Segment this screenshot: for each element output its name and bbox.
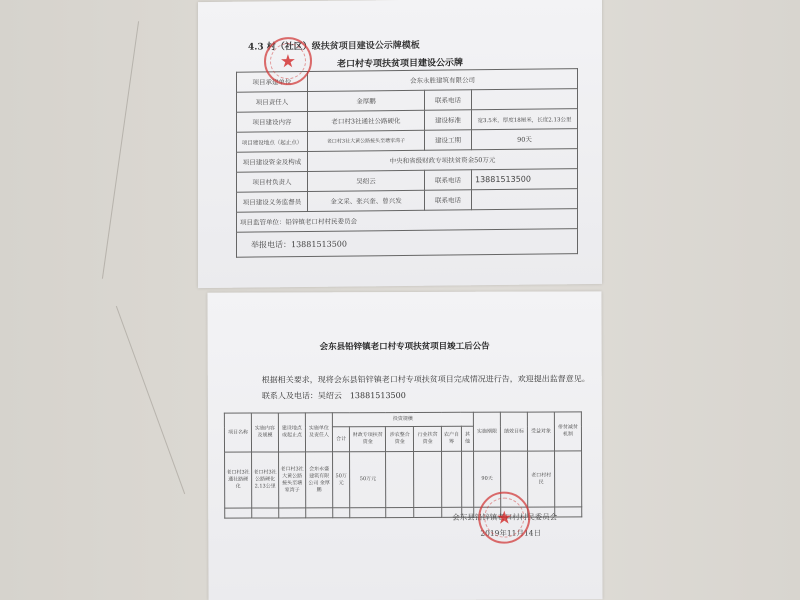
funding-value: 中央和省级财政专项扶贫资金50万元 — [308, 149, 578, 172]
standard-label: 建设标准 — [425, 110, 472, 130]
funding-label: 项目建设资金及构成 — [237, 151, 308, 172]
construction-notice-sheet: 4.3 村（社区）级扶贫项目建设公示牌模板 老口村专项扶贫项目建设公示牌 项目承… — [198, 0, 602, 288]
row-mechanism — [555, 451, 582, 507]
content-label: 项目建设内容 — [237, 111, 308, 132]
village-phone-label: 联系电话 — [425, 170, 472, 190]
header-beneficiary: 受益对象 — [527, 412, 554, 451]
header-integrated: 涉农整合资金 — [386, 427, 414, 452]
manager-label: 项目责任人 — [237, 91, 308, 112]
row-other — [461, 451, 473, 507]
row-unit: 会东永盛建筑有限公司 金厚鹏 — [306, 452, 333, 508]
content-value: 老口村3社通社公路硬化 — [308, 110, 425, 131]
header-location: 建设地点或起止点 — [278, 413, 305, 452]
completion-notice-title: 会东县铅锌镇老口村专项扶贫项目竣工后公告 — [208, 339, 602, 352]
report-phone: 举报电话：13881513500 — [237, 229, 578, 258]
empty-cell — [225, 508, 252, 518]
header-period: 实施期限 — [473, 412, 500, 451]
empty-cell — [555, 507, 582, 517]
manager-phone-value — [472, 89, 578, 110]
empty-cell — [333, 508, 350, 518]
row-total: 50万元 — [333, 452, 350, 508]
location-label: 项目建设地点（起止点） — [237, 131, 308, 152]
row-location: 老口村3社大黄公路接头至塘家湾子 — [279, 452, 306, 508]
row-integrated — [386, 451, 414, 507]
supervisors-value: 金文采、张兴奎、曾兴发 — [308, 190, 425, 211]
official-stamp-icon: ★ — [264, 37, 312, 86]
header-total: 合计 — [332, 427, 349, 452]
row-fiscal: 50万元 — [350, 452, 386, 508]
empty-cell — [386, 507, 414, 517]
location-value: 老口村3社大黄公路接头至塘家湾子 — [308, 130, 425, 151]
header-other: 其他 — [461, 427, 473, 452]
row-self — [442, 451, 462, 507]
wall-crack — [102, 21, 139, 279]
notice-contact: 联系人及电话：吴绍云 13881513500 — [262, 390, 406, 402]
row-industry — [414, 451, 442, 507]
project-info-table: 项目承建单位 会东永胜建筑有限公司 项目责任人 金厚鹏 联系电话 项目建设内容 … — [236, 68, 578, 258]
contractor-value: 会东永胜建筑有限公司 — [308, 69, 578, 92]
village-phone-value: 13881513500 — [472, 169, 578, 190]
row-name: 老口村3社通社路硬化 — [225, 452, 252, 508]
row-content: 老口村3社公路硬化2.13公里 — [252, 452, 279, 508]
manager-phone-label: 联系电话 — [425, 90, 472, 110]
header-target: 绩效目标 — [500, 412, 527, 451]
completion-notice-sheet: 会东县铅锌镇老口村专项扶贫项目竣工后公告 根据相关要求，现将会东县铅锌镇老口村专… — [207, 291, 602, 600]
official-stamp-icon: ★ — [478, 492, 530, 544]
supervisors-phone-value — [472, 189, 578, 210]
header-self: 农户自筹 — [441, 427, 461, 452]
header-fiscal: 财政专项扶贫资金 — [350, 427, 386, 452]
village-lead-value: 吴绍云 — [308, 170, 425, 191]
empty-cell — [414, 507, 442, 517]
header-name: 项目名称 — [224, 413, 251, 452]
manager-value: 金厚鹏 — [308, 90, 425, 111]
header-mechanism: 带贫减贫机制 — [554, 412, 581, 451]
header-investment: 投资规模 — [332, 412, 473, 427]
empty-cell — [252, 508, 279, 518]
empty-cell — [350, 508, 386, 518]
period-value: 90天 — [472, 129, 578, 150]
supervisors-label: 项目建设义务监督员 — [237, 191, 308, 212]
notice-intro: 根据相关要求，现将会东县铅锌镇老口村专项扶贫项目完成情况进行告，欢迎提出监督意见… — [262, 373, 590, 385]
header-content: 实施内容及规模 — [251, 413, 278, 452]
wall-crack — [116, 306, 185, 494]
empty-cell — [279, 508, 306, 518]
empty-cell — [306, 508, 333, 518]
standard-value: 宽3.5米，厚度18厘米，长度2.13公里 — [472, 109, 578, 130]
row-beneficiary: 老口村村民 — [528, 451, 555, 507]
header-unit: 实施单位及责任人 — [305, 413, 332, 452]
supervisors-phone-label: 联系电话 — [425, 190, 472, 210]
period-label: 建设工期 — [425, 130, 472, 150]
header-industry: 行业扶贫资金 — [414, 427, 442, 452]
village-lead-label: 项目村负责人 — [237, 171, 308, 192]
completion-table: 项目名称 实施内容及规模 建设地点或起止点 实施单位及责任人 投资规模 实施期限… — [224, 411, 582, 518]
